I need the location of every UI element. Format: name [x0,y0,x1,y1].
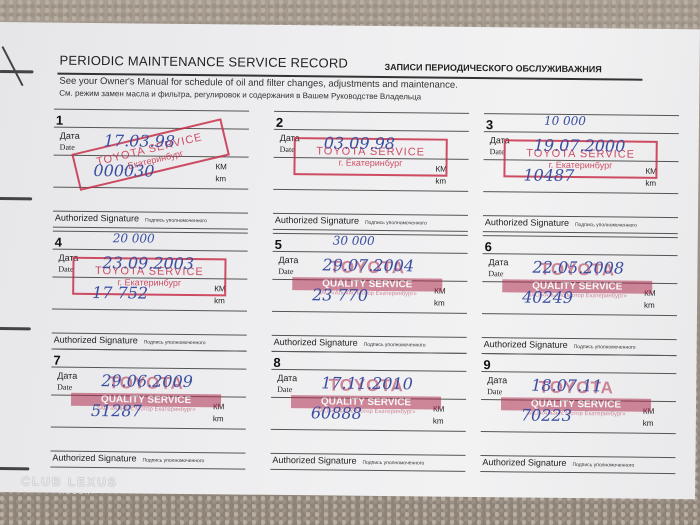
km-label-en: km [645,179,656,188]
date-handwritten: 19.07.2000 [534,136,626,156]
date-handwritten: 29.06.2009 [101,371,193,391]
record-number: 8 [273,355,280,370]
date-label-en: Date [487,387,502,396]
service-record: 1 Дата Date КМ km Authorized SignatureПо… [53,109,249,229]
date-handwritten: 17.03.98 [104,131,175,151]
date-label-en: Date [60,143,75,152]
date-handwritten: 17.11.2010 [321,373,413,393]
km-label-en: km [433,417,444,426]
signature-label: Authorized SignatureПодпись уполномоченн… [485,217,637,229]
service-record: 4 Дата Date КМ km Authorized SignatureПо… [52,231,248,351]
page-title: PERIODIC MAINTENANCE SERVICE RECORD [60,53,349,71]
page-title-ru: ЗАПИСИ ПЕРИОДИЧЕСКОГО ОБСЛУЖИВАЖНИЯ [384,62,601,74]
record-number: 5 [275,237,282,252]
record-number: 3 [486,117,493,132]
km-label-ru: КМ [215,162,226,171]
km-label-en: km [213,414,224,423]
club-lexus-watermark: CLUB LEXUS RUSSIA [21,474,118,496]
service-record: 9 Дата Date КМ km Authorized SignatureПо… [480,353,676,473]
date-label-en: Date [280,145,295,154]
date-label-en: Date [58,265,73,274]
signature-label: Authorized SignatureПодпись уполномоченн… [484,339,636,351]
record-number: 4 [55,235,62,250]
signature-label: Authorized SignatureПодпись уполномоченн… [482,457,634,469]
page-edge-mark [0,197,32,200]
km-handwritten: 51287 [91,401,142,421]
km-handwritten: 70223 [521,405,572,425]
km-handwritten: 23 770 [312,285,368,305]
signature-label: Authorized SignatureПодпись уполномоченн… [52,453,204,465]
interval-handwritten: 10 000 [544,114,586,128]
date-label-en: Date [277,385,292,394]
km-handwritten: 17 752 [92,283,148,303]
signature-label: Authorized SignatureПодпись уполномоченн… [275,215,427,227]
date-handwritten: 03.09.98 [324,133,395,153]
date-label-en: Date [488,269,503,278]
interval-handwritten: 20 000 [113,231,155,245]
watermark-line2: RUSSIA [59,489,118,497]
signature-label: Authorized SignatureПодпись уполномоченн… [274,337,426,349]
record-number: 6 [485,239,492,254]
watermark-line1: CLUB LEXUS [21,474,118,489]
service-record: 7 Дата Date КМ km Authorized SignatureПо… [50,349,246,469]
instructions-ru: См. режим замен масла и фильтра, регулир… [59,89,421,102]
date-label-en: Date [57,383,72,392]
pen-mark [2,46,24,86]
service-record: 2 Дата Date КМ km Authorized SignatureПо… [273,111,469,231]
page-edge-mark [0,327,31,330]
record-number: 1 [56,113,63,128]
service-record: 3 Дата Date КМ km Authorized SignatureПо… [483,113,679,233]
km-label-en: km [434,299,445,308]
km-handwritten: 10487 [523,165,574,185]
date-label-en: Date [490,147,505,156]
record-number: 7 [53,353,60,368]
page-edge-mark [0,70,33,73]
date-label-ru: Дата [60,131,80,141]
km-handwritten: 000030 [93,161,154,181]
signature-label: Authorized SignatureПодпись уполномоченн… [55,213,207,225]
signature-label: Authorized SignatureПодпись уполномоченн… [272,455,424,467]
date-handwritten: 18.07.11 [531,376,602,396]
km-label-en: km [644,301,655,310]
km-label-en: km [435,177,446,186]
service-record: 5 Дата Date КМ km Authorized SignatureПо… [272,233,468,353]
date-handwritten: 29.07.2004 [322,255,414,275]
km-label-en: km [643,419,654,428]
record-number: 9 [483,357,490,372]
service-record-page: PERIODIC MAINTENANCE SERVICE RECORD ЗАПИ… [0,22,700,499]
km-handwritten: 60888 [311,403,362,423]
km-handwritten: 40249 [522,287,573,307]
date-handwritten: 22.05.2008 [532,258,624,278]
km-label-en: km [214,296,225,305]
signature-label: Authorized SignatureПодпись уполномоченн… [54,335,206,347]
service-record: 6 Дата Date КМ km Authorized SignatureПо… [482,235,678,355]
page-edge-mark [0,467,29,470]
record-number: 2 [276,115,283,130]
km-label-en: km [215,174,226,183]
date-label-en: Date [278,267,293,276]
date-handwritten: 23.09.2003 [102,253,194,273]
interval-handwritten: 30 000 [333,233,375,247]
service-record: 8 Дата Date КМ km Authorized SignatureПо… [270,351,466,471]
